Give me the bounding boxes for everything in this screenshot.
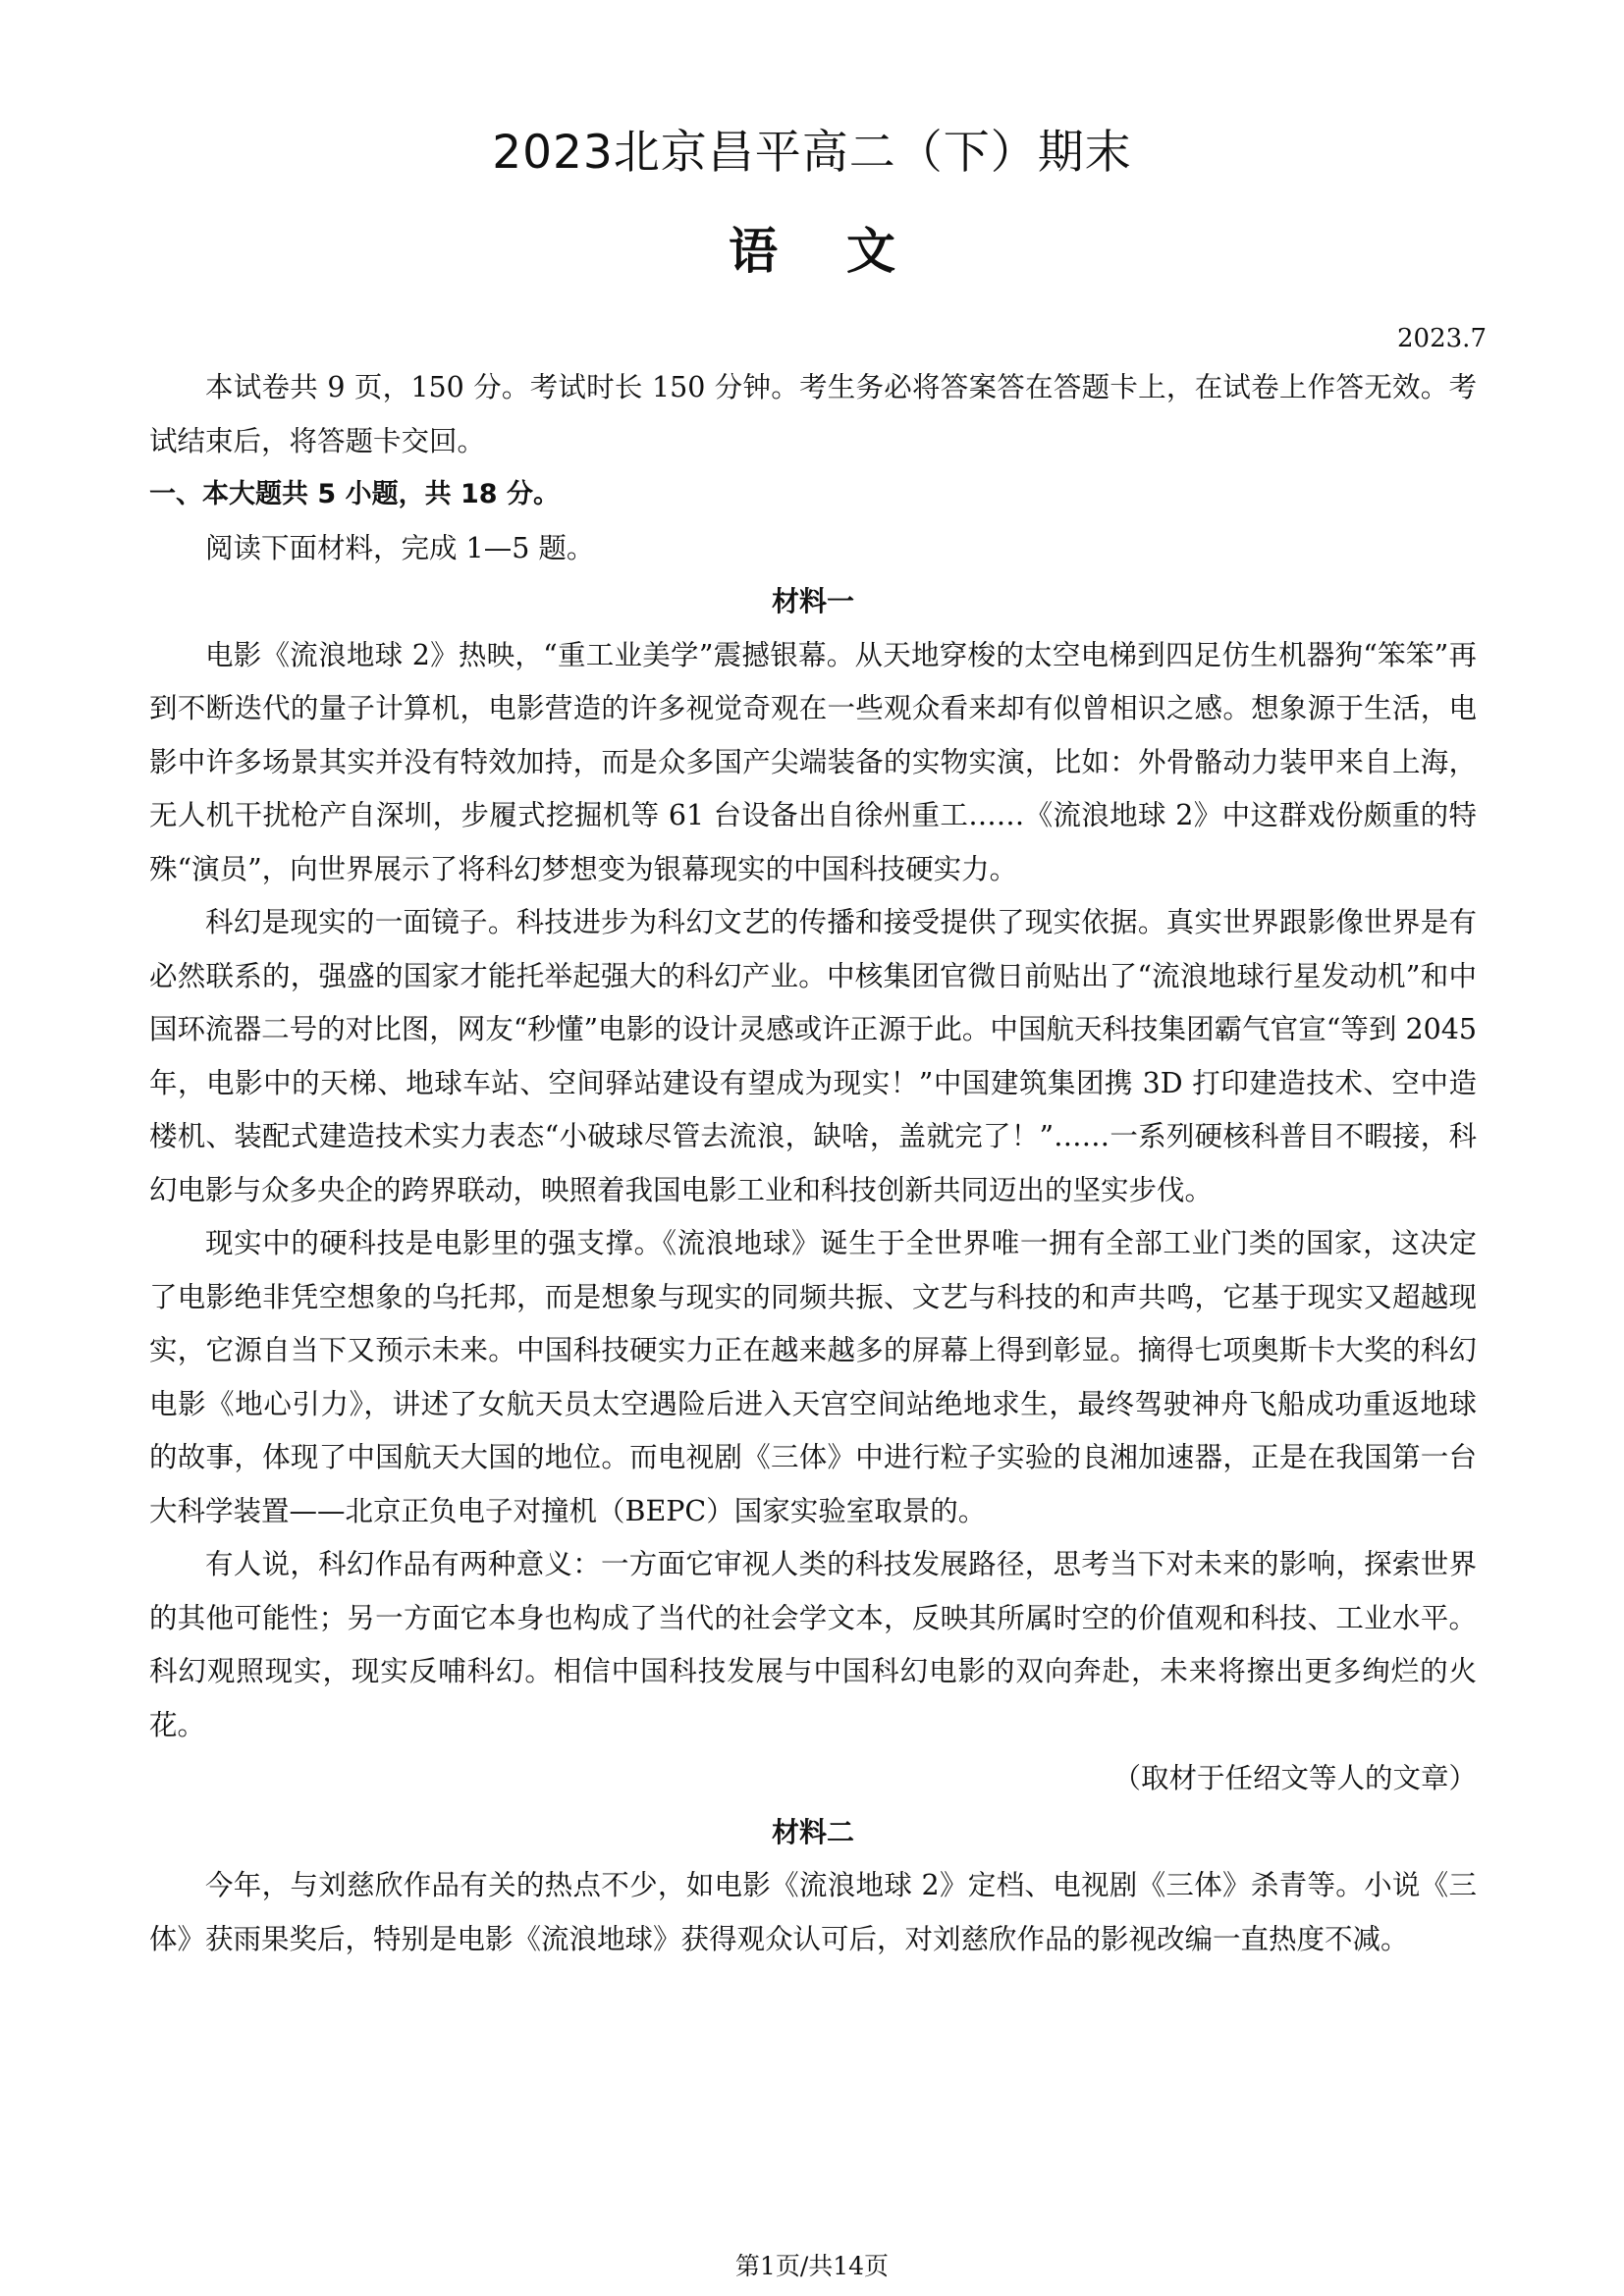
material-1-source: （取材于任绍文等人的文章） bbox=[149, 1752, 1477, 1806]
exam-body: 本试卷共 9 页，150 分。考试时长 150 分钟。考生务必将答案答在答题卡上… bbox=[149, 361, 1477, 1966]
subject-char: 语 bbox=[729, 222, 778, 281]
page-indicator: 第1页/共14页 bbox=[0, 2250, 1624, 2283]
material-1-paragraph: 电影《流浪地球 2》热映，“重工业美学”震撼银幕。从天地穿梭的太空电梯到四足仿生… bbox=[149, 629, 1477, 897]
material-1-paragraph: 现实中的硬科技是电影里的强支撑。《流浪地球》诞生于全世界唯一拥有全部工业门类的国… bbox=[149, 1217, 1477, 1538]
exam-page: 2023北京昌平高二（下）期末 语文 2023.7 本试卷共 9 页，150 分… bbox=[0, 0, 1624, 2296]
section-heading: 一、本大题共 5 小题，共 18 分。 bbox=[149, 468, 1477, 522]
material-1-paragraph: 有人说，科幻作品有两种意义：一方面它审视人类的科技发展路径，思考当下对未来的影响… bbox=[149, 1538, 1477, 1752]
exam-title: 2023北京昌平高二（下）期末 bbox=[0, 124, 1624, 183]
subject-title: 语文 bbox=[0, 222, 1624, 281]
subject-char: 文 bbox=[846, 222, 895, 281]
section-prompt: 阅读下面材料，完成 1—5 题。 bbox=[149, 522, 1477, 576]
material-1-paragraph: 科幻是现实的一面镜子。科技进步为科幻文艺的传播和接受提供了现实依据。真实世界跟影… bbox=[149, 896, 1477, 1217]
exam-date: 2023.7 bbox=[1397, 319, 1487, 358]
material-2-title: 材料二 bbox=[149, 1806, 1477, 1860]
material-1-title: 材料一 bbox=[149, 575, 1477, 629]
material-2-paragraph: 今年，与刘慈欣作品有关的热点不少，如电影《流浪地球 2》定档、电视剧《三体》杀青… bbox=[149, 1859, 1477, 1966]
instructions: 本试卷共 9 页，150 分。考试时长 150 分钟。考生务必将答案答在答题卡上… bbox=[149, 361, 1477, 468]
